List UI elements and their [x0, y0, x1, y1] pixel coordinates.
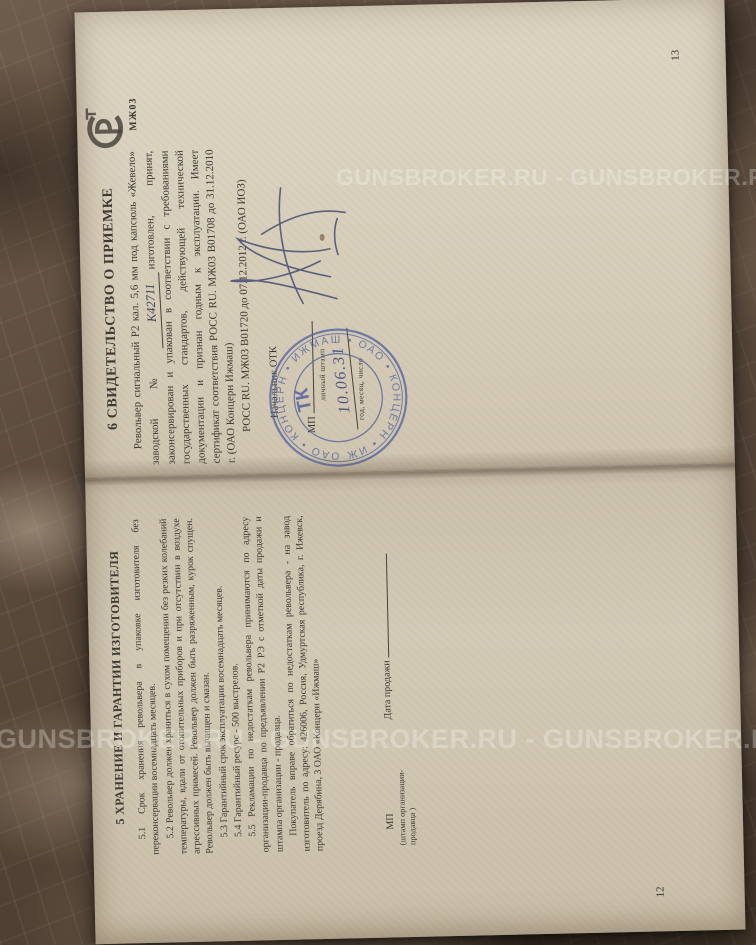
page-number-12: 12	[654, 886, 666, 897]
paper-speck	[320, 234, 325, 241]
clause-5-5: 5.5 Рекламации по недостаткам револьвера…	[239, 516, 286, 853]
signature-ink	[216, 172, 369, 315]
photo-of-document: МЖ03 6 СВИДЕТЕЛЬСТВО О ПРИЕМКЕ Револьвер…	[0, 0, 756, 945]
sale-date-row: Дата продажи	[377, 554, 394, 720]
page-13-heading: 6 СВИДЕТЕЛЬСТВО О ПРИЕМКЕ	[100, 152, 123, 466]
buyer-address-paragraph: Покупатель вправе обратиться по недостат…	[280, 515, 327, 852]
page-13-content: МЖ03 6 СВИДЕТЕЛЬСТВО О ПРИЕМКЕ Револьвер…	[75, 0, 735, 478]
storage-warranty-block: 5 ХРАНЕНИЕ И ГАРАНТИИ ИЗГОТОВИТЕЛЯ 5.1 С…	[106, 515, 328, 856]
open-booklet: МЖ03 6 СВИДЕТЕЛЬСТВО О ПРИЕМКЕ Револьвер…	[75, 0, 746, 944]
rst-certification-mark: МЖ03	[82, 73, 140, 156]
round-factory-stamp: ОАО • КОНЦЕРН • ИЖМАШ • ОАО • КОНЦЕРН • …	[264, 323, 413, 472]
svg-text:ОАО • КОНЦЕРН • ИЖМАШ • ОАО •: ОАО • КОНЦЕРН • ИЖМАШ • ОАО • КОНЦЕРН • …	[264, 332, 405, 472]
serial-number-handwritten: К42711	[141, 272, 163, 349]
rst-code-label: МЖ03	[127, 73, 140, 155]
seller-stamp-caption-line1: (штамп организации-	[396, 770, 408, 846]
sale-date-label: Дата продажи	[381, 660, 393, 720]
page-12-content: 5 ХРАНЕНИЕ И ГАРАНТИИ ИЗГОТОВИТЕЛЯ 5.1 С…	[85, 464, 745, 945]
seller-stamp-caption-line2: продавца )	[407, 769, 419, 845]
sale-date-line	[377, 554, 389, 658]
page-number-13: 13	[670, 50, 682, 61]
page-13: МЖ03 6 СВИДЕТЕЛЬСТВО О ПРИЕМКЕ Револьвер…	[75, 0, 735, 478]
page-12-heading: 5 ХРАНЕНИЕ И ГАРАНТИИ ИЗГОТОВИТЕЛЯ	[106, 520, 129, 856]
clause-5-2: 5.2 Револьвер должен храниться в сухом п…	[157, 518, 218, 855]
rst-logo-icon	[83, 105, 128, 156]
seller-stamp-block: МП (штамп организации- продавца )	[384, 769, 419, 845]
page-12: 5 ХРАНЕНИЕ И ГАРАНТИИ ИЗГОТОВИТЕЛЯ 5.1 С…	[85, 464, 745, 945]
stamp-ring-text: ОАО • КОНЦЕРН • ИЖМАШ • ОАО • КОНЦЕРН • …	[264, 332, 405, 472]
